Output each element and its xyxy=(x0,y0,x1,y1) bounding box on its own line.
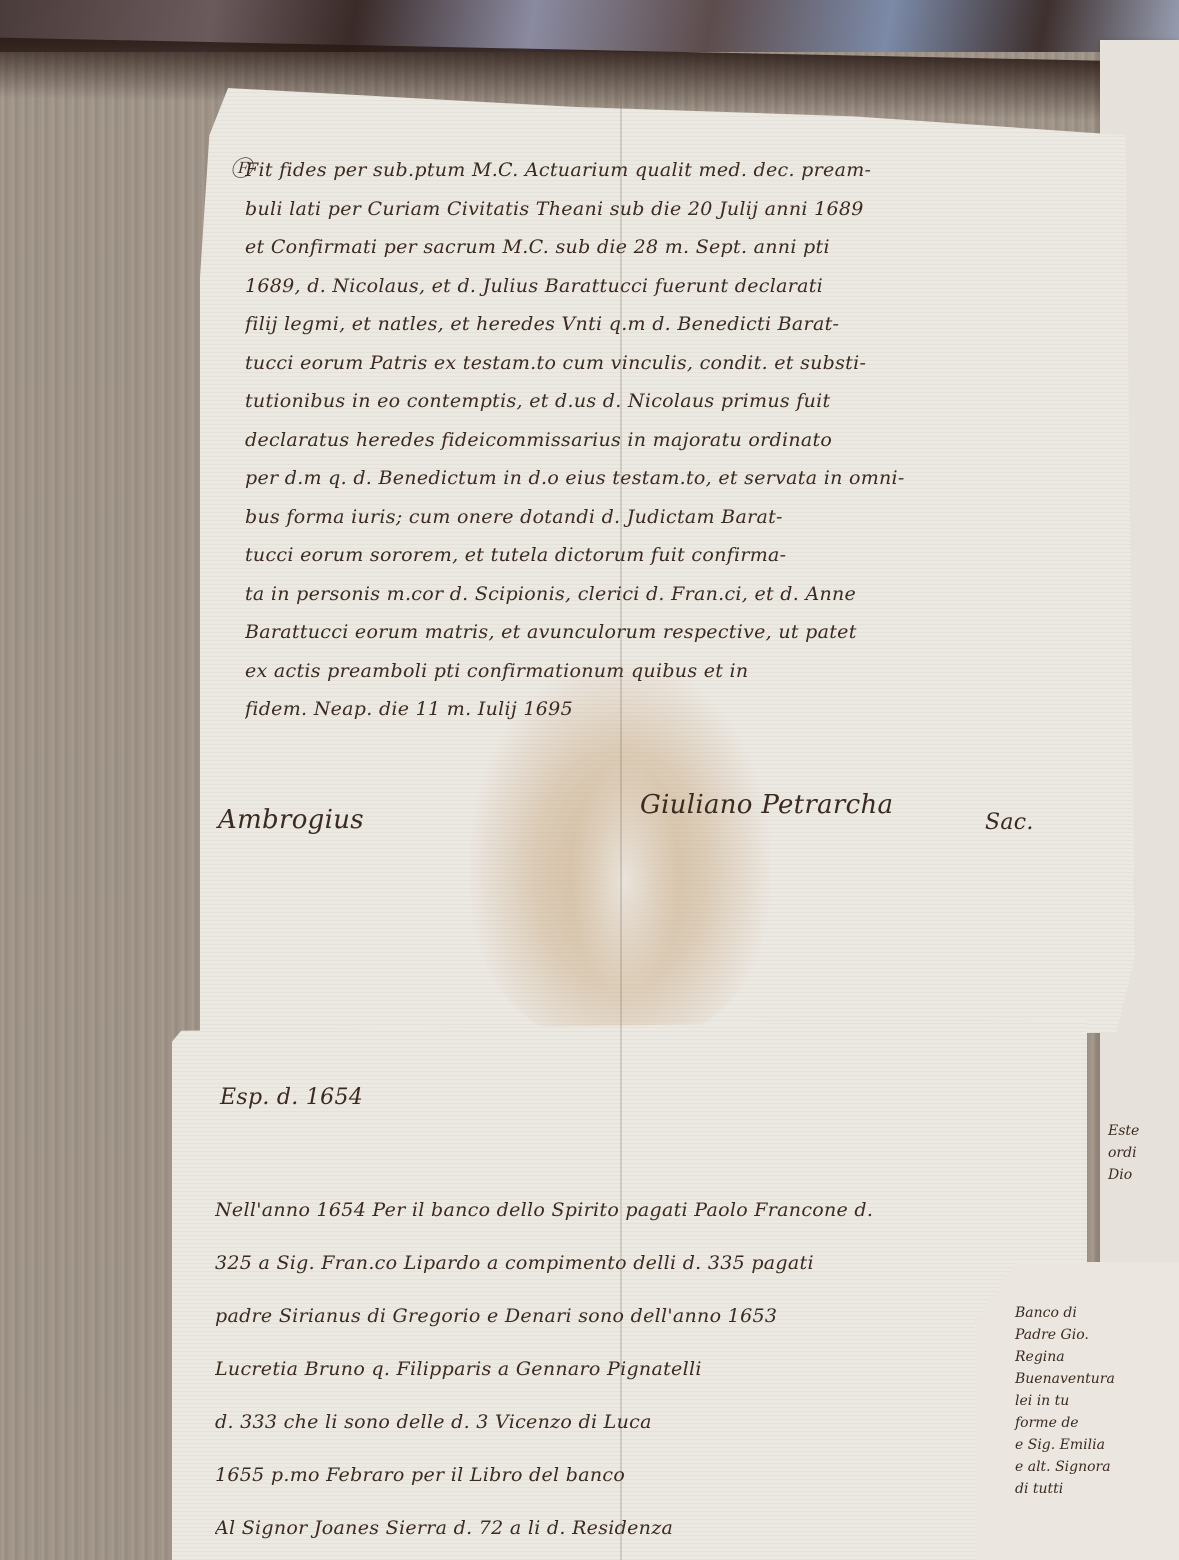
ledger-line: d. 333 che li sono delle d. 3 Vicenzo di… xyxy=(215,1407,1065,1460)
manuscript-corner-fragment: Banco di Padre Gio. Regina Buenaventura … xyxy=(975,1262,1179,1560)
ledger-heading: Esp. d. 1654 xyxy=(220,1085,363,1110)
text-line: di tutti xyxy=(1015,1478,1115,1500)
text-line: declaratus heredes fideicommissarius in … xyxy=(245,425,1115,464)
text-line: tucci eorum sororem, et tutela dictorum … xyxy=(245,540,1115,579)
manuscript-top-text: Fit fides per sub.ptum M.C. Actuarium qu… xyxy=(245,155,1115,733)
text-line: ta in personis m.cor d. Scipionis, cleri… xyxy=(245,579,1115,618)
text-line: Padre Gio. xyxy=(1015,1324,1115,1346)
text-line: Barattucci eorum matris, et avunculorum … xyxy=(245,617,1115,656)
text-line: tutionibus in eo contemptis, et d.us d. … xyxy=(245,386,1115,425)
text-line: forme de xyxy=(1015,1412,1115,1434)
text-line: buli lati per Curiam Civitatis Theani su… xyxy=(245,194,1115,233)
text-line: per d.m q. d. Benedictum in d.o eius tes… xyxy=(245,463,1115,502)
text-line: Fit fides per sub.ptum M.C. Actuarium qu… xyxy=(245,155,1115,194)
text-line: bus forma iuris; cum onere dotandi d. Ju… xyxy=(245,502,1115,541)
text-line: ordi xyxy=(1108,1142,1139,1164)
text-line: Este xyxy=(1108,1120,1139,1142)
ledger-line: Nell'anno 1654 Per il banco dello Spirit… xyxy=(215,1195,1065,1248)
text-line: lei in tu xyxy=(1015,1390,1115,1412)
text-line: Buenaventura xyxy=(1015,1368,1115,1390)
text-line: et Confirmati per sacrum M.C. sub die 28… xyxy=(245,232,1115,271)
text-line: Regina xyxy=(1015,1346,1115,1368)
manuscript-bottom-text: Nell'anno 1654 Per il banco dello Spirit… xyxy=(215,1195,1065,1560)
ledger-line: 1655 p.mo Febraro per il Libro del banco xyxy=(215,1460,1065,1513)
ledger-line: Lucretia Bruno q. Filipparis a Gennaro P… xyxy=(215,1354,1065,1407)
text-line: ex actis preamboli pti confirmationum qu… xyxy=(245,656,1115,695)
text-line: Dio xyxy=(1108,1164,1139,1186)
corner-text: Banco di Padre Gio. Regina Buenaventura … xyxy=(1015,1302,1115,1500)
text-line: fidem. Neap. die 11 m. Iulij 1695 xyxy=(245,694,1115,733)
ledger-line: Al Signor Joanes Sierra d. 72 a li d. Re… xyxy=(215,1513,1065,1560)
text-line: Banco di xyxy=(1015,1302,1115,1324)
text-line: 1689, d. Nicolaus, et d. Julius Barattuc… xyxy=(245,271,1115,310)
text-line: e alt. Signora xyxy=(1015,1456,1115,1478)
signature-sac: Sac. xyxy=(985,810,1034,835)
right-edge-text: Este ordi Dio xyxy=(1108,1120,1139,1186)
text-line: tucci eorum Patris ex testam.to cum vinc… xyxy=(245,348,1115,387)
signature-petrarcha: Giuliano Petrarcha xyxy=(640,790,893,820)
signature-ambrogius: Ambrogius xyxy=(218,805,364,835)
text-line: e Sig. Emilia xyxy=(1015,1434,1115,1456)
ledger-line: padre Sirianus di Gregorio e Denari sono… xyxy=(215,1301,1065,1354)
ledger-line: 325 a Sig. Fran.co Lipardo a compimento … xyxy=(215,1248,1065,1301)
text-line: filij legmi, et natles, et heredes Vnti … xyxy=(245,309,1115,348)
ledger-heading-text: Esp. d. 1654 xyxy=(220,1085,363,1110)
